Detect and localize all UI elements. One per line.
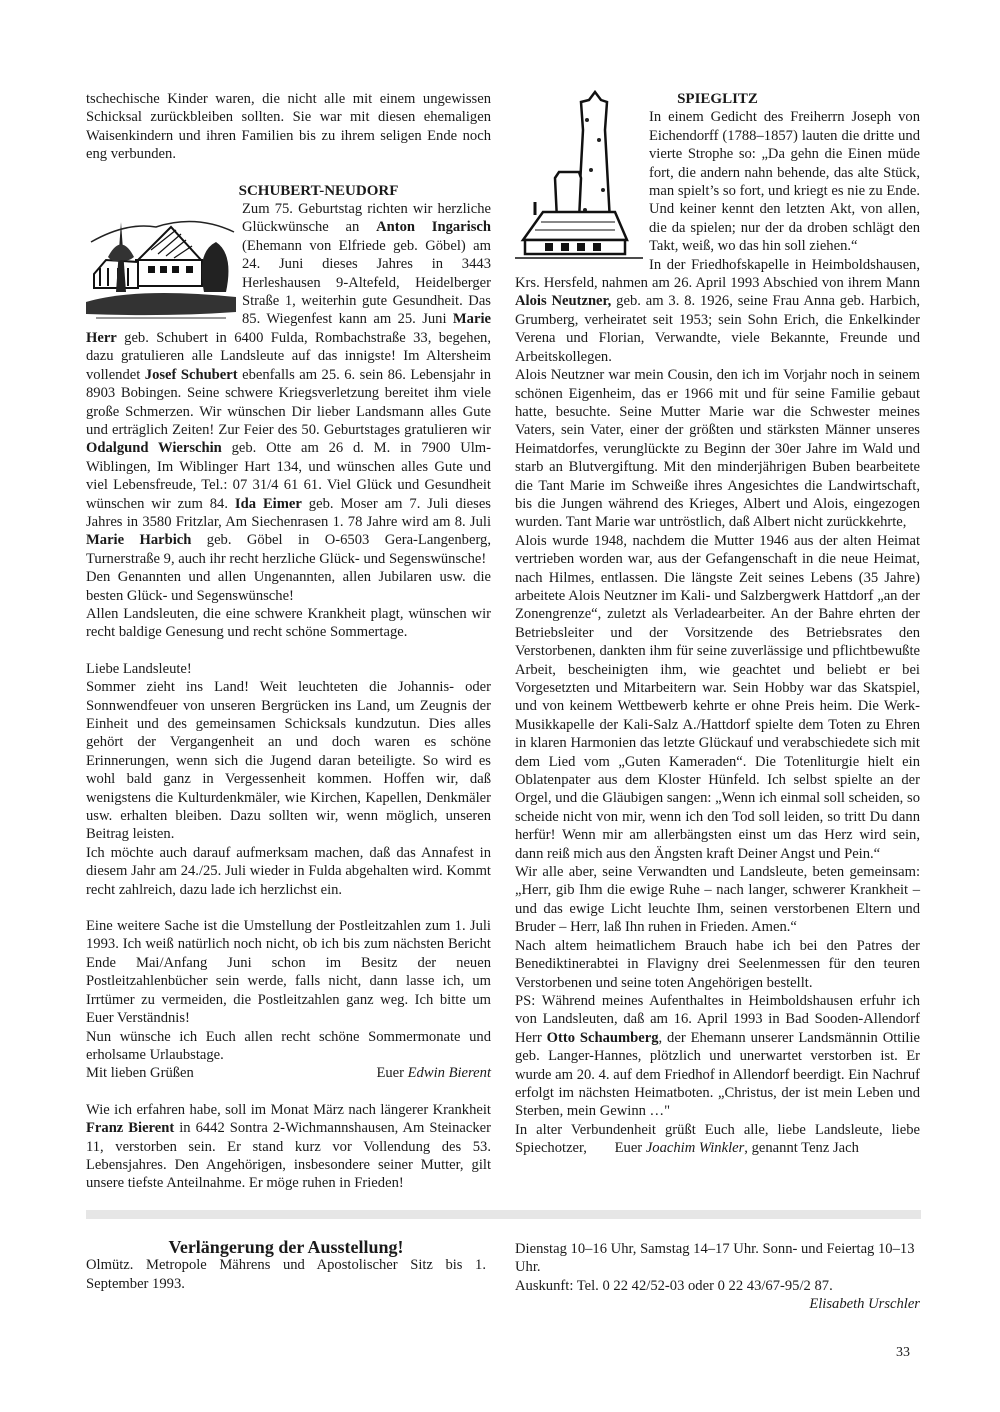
obituary-paragraph: Wie ich erfahren habe, soll im Monat Mär… bbox=[86, 1101, 491, 1193]
signature-name: Edwin Bierent bbox=[408, 1065, 491, 1081]
exhibition-left: Verlängerung der Ausstellung! Olmütz. Me… bbox=[86, 1238, 486, 1293]
person-name: Marie Harbich bbox=[86, 532, 191, 548]
letter-signature-line: Mit lieben Grüßen Euer Edwin Bierent bbox=[86, 1064, 491, 1082]
letter-paragraph-wishes: Nun wünsche ich Euch allen recht schöne … bbox=[86, 1028, 491, 1065]
exhibition-hours: Dienstag 10–16 Uhr, Samstag 14–17 Uhr. S… bbox=[515, 1240, 920, 1277]
ps-paragraph: PS: Während meines Aufenthaltes in Heimb… bbox=[515, 992, 920, 1121]
person-name: Ida Eimer bbox=[235, 496, 302, 512]
village-house-illustration-icon bbox=[86, 202, 236, 322]
letter-signature: Euer Edwin Bierent bbox=[376, 1064, 491, 1082]
signature-prefix: Euer bbox=[615, 1140, 646, 1156]
letter-paragraph-annafest: Ich möchte auch darauf aufmerksam machen… bbox=[86, 844, 491, 899]
person-name: Anton Ingarisch bbox=[376, 219, 491, 235]
exhibition-description: Olmütz. Metropole Mährens und Apostolisc… bbox=[86, 1256, 486, 1293]
intro-paragraph: tschechische Kinder waren, die nicht all… bbox=[86, 90, 491, 164]
wishes-paragraph: Den Genannten und allen Ungenannten, all… bbox=[86, 568, 491, 605]
signature-prefix: Euer bbox=[376, 1065, 407, 1081]
section-title-schubert-neudorf: SCHUBERT-NEUDORF bbox=[86, 182, 491, 200]
signature-name: Joachim Winkler bbox=[646, 1140, 744, 1156]
signature-suffix: , genannt Tenz Jach bbox=[744, 1140, 859, 1156]
person-name: Alois Neutzner, bbox=[515, 293, 611, 309]
section-divider-bar bbox=[86, 1210, 921, 1219]
letter-closing: Mit lieben Grüßen bbox=[86, 1064, 194, 1082]
right-column: SPIEGLITZ In einem Gedicht des Freiherrn… bbox=[515, 90, 920, 1158]
prayer-paragraph: Wir alle aber, seine Verwandten und Land… bbox=[515, 863, 920, 937]
person-name: Josef Schubert bbox=[145, 367, 238, 383]
person-name: Franz Bierent bbox=[86, 1120, 174, 1136]
exhibition-info: Auskunft: Tel. 0 22 42/52-03 oder 0 22 4… bbox=[515, 1277, 920, 1295]
masses-paragraph: Nach altem heimatlichem Brauch habe ich … bbox=[515, 937, 920, 992]
tower-illustration-icon bbox=[515, 90, 643, 262]
letter-paragraph-postcodes: Eine weitere Sache ist die Umstellung de… bbox=[86, 917, 491, 1027]
exhibition-author: Elisabeth Urschler bbox=[515, 1295, 920, 1313]
signature: Euer Joachim Winkler, genannt Tenz Jach bbox=[591, 1140, 859, 1156]
get-well-paragraph: Allen Landsleuten, die eine schwere Kran… bbox=[86, 605, 491, 642]
letter-paragraph-summer: Sommer zieht ins Land! Weit leuchteten d… bbox=[86, 678, 491, 844]
exhibition-right: Dienstag 10–16 Uhr, Samstag 14–17 Uhr. S… bbox=[515, 1240, 920, 1314]
letter-greeting: Liebe Landsleute! bbox=[86, 660, 491, 678]
exhibition-title: Verlängerung der Ausstellung! bbox=[86, 1238, 486, 1256]
page-number: 33 bbox=[896, 1345, 910, 1361]
text-fragment: Wie ich erfahren habe, soll im Monat Mär… bbox=[86, 1102, 491, 1118]
person-name: Odalgund Wierschin bbox=[86, 440, 222, 456]
cousin-paragraph: Alois Neutzner war mein Cousin, den ich … bbox=[515, 366, 920, 532]
person-name: Otto Schaumberg bbox=[547, 1030, 659, 1046]
biography-paragraph: Alois wurde 1948, nachdem die Mutter 194… bbox=[515, 532, 920, 863]
closing-paragraph: In alter Verbundenheit grüßt Euch alle, … bbox=[515, 1121, 920, 1158]
funeral-paragraph: In der Friedhofskapelle in Heimboldshaus… bbox=[515, 256, 920, 366]
left-column: tschechische Kinder waren, die nicht all… bbox=[86, 90, 491, 1193]
